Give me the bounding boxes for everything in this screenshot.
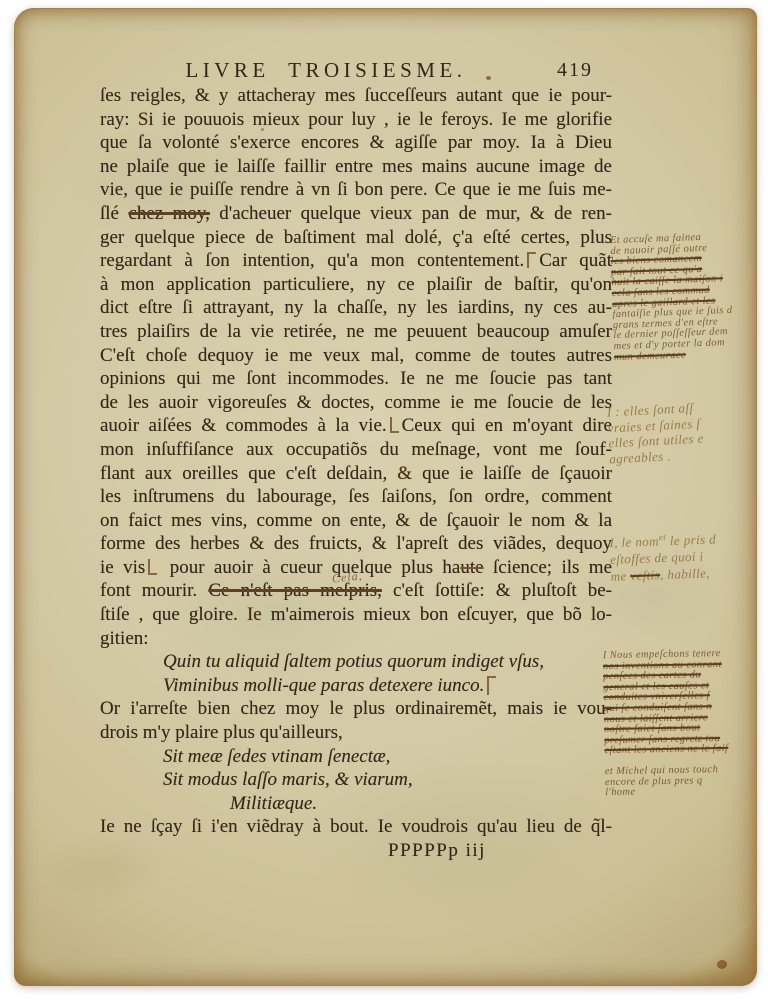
body-line: tres plaiſirs de la vie retirée, ne me p… — [100, 320, 612, 344]
line-text: pour auoir à cueur quelque plus ha — [160, 557, 460, 578]
latin-quote-line: Militiæque. — [100, 792, 612, 816]
overwritten-text: & — [397, 463, 412, 484]
ink-spot — [717, 960, 727, 969]
line-text: Viminibus molli-que paras detexere iunco… — [163, 675, 484, 696]
margin-note-2: I : elles ſont aſſ vraies et ſaines ſ el… — [606, 400, 704, 467]
body-line: drois m'y plaire plus qu'ailleurs, — [100, 721, 612, 745]
latin-quote-line: Sit meæ ſedes vtinam ſenectæ, — [100, 745, 612, 769]
handwritten-correction: Cela, — [331, 565, 364, 592]
line-text: Ceux qui en m'oyant dire — [402, 415, 612, 436]
running-title: LIVRE TROISIESME. — [100, 58, 552, 83]
body-line: regardant à ſon intention, qu'a mon cont… — [100, 249, 612, 273]
margin-note-line-struck: mun demeurace — [614, 348, 734, 363]
body-line: auoir aiſées & commodes à la vie.Ceux qu… — [100, 414, 612, 438]
insertion-mark-icon — [527, 252, 536, 268]
line-text: ſtiſe , que gloire. — [100, 604, 247, 625]
latin-quote-line: Sit modus laſſo maris, & viarum, — [100, 768, 612, 792]
ink-spot — [261, 128, 264, 131]
struck-text: ute — [460, 557, 483, 578]
insertion-mark-icon — [390, 417, 399, 433]
line-text: ſlé — [100, 203, 128, 224]
body-line: Ie ne ſçay ſi i'en viẽdray à bout. Ie vo… — [100, 815, 612, 839]
line-text: Car quãt — [539, 250, 612, 271]
margin-note-line: me veſtis, habille, — [610, 564, 717, 585]
signature-mark: PPPPPp iij — [100, 839, 612, 863]
struck-text: veſtis — [630, 567, 660, 583]
body-line: ray: Si ie pouuois mieux pour luy , ie l… — [100, 108, 612, 132]
page-photo: { "document": { "header": { "title": "LI… — [0, 0, 768, 1001]
body-line: ne plaiſe que ie laiſſe faillir entre me… — [100, 155, 612, 179]
insertion-mark-icon — [487, 676, 496, 695]
body-line: ſtiſe , que gloire. Ie m'aimerois mieux … — [100, 603, 612, 627]
body-line: flant aux oreilles que c'eſt deſdain, & … — [100, 462, 612, 486]
body-line: Or i'arreſte bien chez moy le plus ordin… — [100, 697, 612, 721]
line-text: m'aimerois mieux bon eſcuyer, que bõ lo- — [262, 604, 612, 625]
body-line: ſes reigles, & y attacheray mes ſucceſſe… — [100, 84, 612, 108]
latin-quote-line: Quin tu aliquid ſaltem potius quorum ind… — [100, 650, 612, 674]
page-header: LIVRE TROISIESME. 419 — [100, 58, 612, 82]
note-text: I, le nom — [609, 533, 659, 550]
body-line: C'eſt choſe dequoy ie me veux mal, comme… — [100, 344, 612, 368]
body-line: vie, que ie puiſſe rendre à vn ſi bon pe… — [100, 178, 612, 202]
line-text: regardant à ſon intention, qu'a mon cont… — [100, 250, 524, 271]
body-line: ger quelque piece de baſtiment mal dolé,… — [100, 226, 612, 250]
margin-note-1: Et accuſe ma fainea de nauoir paſſé outr… — [610, 232, 734, 363]
latin-quote-line: Viminibus molli-que paras detexere iunco… — [100, 674, 612, 698]
body-line: que ſa volonté s'exerce encores & agiſſe… — [100, 131, 612, 155]
note-text: , habille, — [660, 566, 710, 583]
line-text: ray: — [100, 109, 138, 130]
body-line: dict eſtre ſi attrayant, ny la chaſſe, n… — [100, 296, 612, 320]
text-block: ſes reigles, & y attacheray mes ſucceſſe… — [100, 84, 612, 863]
body-line: forme des herbes & des fruicts, & l'apre… — [100, 532, 612, 556]
line-text: font mourir. — [100, 580, 208, 601]
body-line: on faict mes vins, comme on ente, & de ſ… — [100, 509, 612, 533]
note-text: me — [610, 568, 630, 584]
margin-note-line-struck: eſtant les anciens ne le faiſ — [604, 744, 728, 757]
line-text: flant aux oreilles que c'eſt deſdain, — [100, 463, 397, 484]
body-line: mon inſuffiſance aux occupatiõs du meſna… — [100, 438, 612, 462]
body-line: à mon application particuliere, ny ce pl… — [100, 273, 612, 297]
ink-spot — [486, 76, 491, 80]
overwritten-text: Ie — [247, 604, 262, 625]
line-text: i ie pouuois mieux pour luy , ie le fero… — [148, 109, 612, 130]
margin-note-3: I, le nomet le pris d eſtoffes de quoi i… — [609, 527, 717, 585]
body-line: gitien: — [100, 627, 612, 651]
body-line: opinions qui me ſont incommodes. Ie ne m… — [100, 367, 612, 391]
margin-note-4: I Nous empeſchons tenere nos inventions … — [603, 649, 729, 799]
struck-text: chez moy, — [128, 203, 209, 224]
overwritten-text: S — [138, 109, 149, 130]
line-text: ſcience; ils me — [484, 557, 612, 578]
body-line: de les auoir vigoreuſes & doctes, comme … — [100, 391, 612, 415]
insertion-mark-icon — [148, 559, 157, 575]
line-text: que ie laiſſe de ſçauoir — [412, 463, 612, 484]
body-line: les inſtrumens du labourage, ſes ſaiſons… — [100, 485, 612, 509]
line-text: c'eſt ſottiſe: & pluſtoſt be- — [382, 580, 612, 601]
note-text: le pris d — [666, 531, 716, 548]
line-text: d'acheuer quelque vieux pan de mur, & de… — [210, 203, 612, 224]
line-text: ie vis — [100, 557, 145, 578]
margin-note-line: l'home — [605, 786, 729, 799]
line-text: auoir aiſées & commodes à la vie. — [100, 415, 387, 436]
book-page: LIVRE TROISIESME. 419 ſes reigles, & y a… — [14, 8, 757, 986]
body-line: font mourir. Ce n'eſt pas meſpris, c'eſt… — [100, 579, 612, 603]
body-line: ſlé chez moy, d'acheuer quelque vieux pa… — [100, 202, 612, 226]
page-number: 419 — [557, 59, 593, 82]
